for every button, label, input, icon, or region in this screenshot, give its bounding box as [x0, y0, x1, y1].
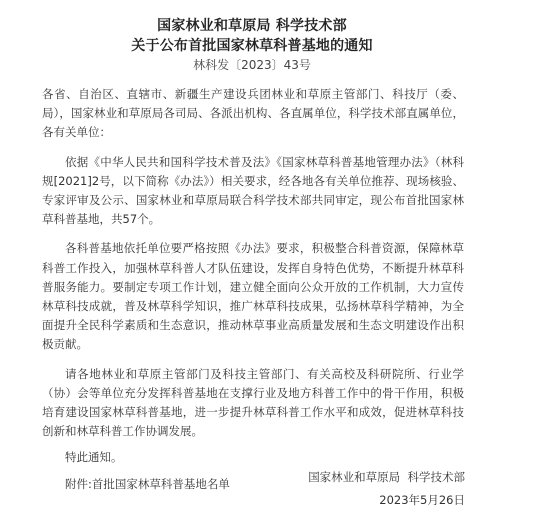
- paragraph-basis: 依据《中华人民共和国科学技术普及法》《国家林草科普基地管理办法》（林科规[202…: [42, 153, 464, 230]
- title-issuers: 国家林业和草原局 科学技术部: [0, 16, 504, 36]
- addressee: 各省、自治区、直辖市、新疆生产建设兵团林业和草原主管部门、科技厅（委、局），国家…: [42, 85, 464, 143]
- document-header: 国家林业和草原局 科学技术部 关于公布首批国家林草科普基地的通知 林科发〔202…: [0, 16, 504, 74]
- document-body: 各省、自治区、直辖市、新疆生产建设兵团林业和草原主管部门、科技厅（委、局），国家…: [42, 85, 464, 494]
- paragraph-notice: 特此通知。: [42, 448, 464, 467]
- paragraph-requirements: 各科普基地依托单位要严格按照《办法》要求，积极整合科普资源，保障林草科普工作投入…: [42, 239, 464, 354]
- paragraph-request: 请各地林业和草原主管部门及科技主管部门、有关高校及科研院所、行业学（协）会等单位…: [42, 365, 464, 442]
- title-subject: 关于公布首批国家林草科普基地的通知: [0, 36, 504, 56]
- signature-organizations: 国家林业和草原局 科学技术部: [0, 468, 465, 486]
- document-number: 林科发〔2023〕43号: [0, 56, 504, 74]
- signature-date: 2023年5月26日: [0, 491, 465, 509]
